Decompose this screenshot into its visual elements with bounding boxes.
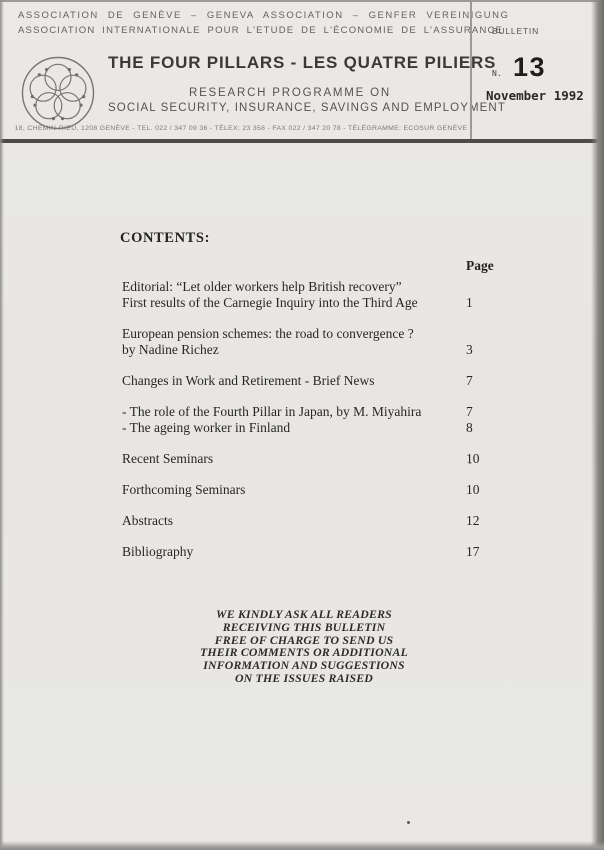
toc-row: - The role of the Fourth Pillar in Japan… [122, 404, 522, 420]
toc-row: - The ageing worker in Finland 8 [122, 420, 522, 436]
bulletin-date: November 1992 [486, 88, 584, 103]
toc-row: by Nadine Richez 3 [122, 342, 522, 358]
association-subtitle-line: ASSOCIATION INTERNATIONALE POUR L'ETUDE … [18, 25, 503, 36]
table-of-contents: Editorial: “Let older workers help Briti… [122, 279, 522, 560]
toc-row: Recent Seminars 10 [122, 451, 522, 467]
note-line: WE KINDLY ASK ALL READERS [149, 608, 459, 621]
toc-row: Changes in Work and Retirement - Brief N… [122, 373, 522, 389]
header-bottom-rule [0, 139, 604, 143]
geneva-association-logo-icon [20, 55, 96, 131]
toc-entry-text: Abstracts [122, 513, 466, 529]
contents-heading: CONTENTS: [120, 230, 210, 247]
toc-entry-page: 10 [466, 482, 506, 498]
scan-edge-left [0, 0, 4, 850]
scan-edge-top [0, 0, 604, 2]
toc-entry-text: European pension schemes: the road to co… [122, 326, 466, 342]
toc-entry-page: 7 [466, 373, 506, 389]
bulletin-label: BULLETIN [492, 26, 539, 36]
toc-entry-text: - The role of the Fourth Pillar in Japan… [122, 404, 466, 420]
scan-speck [407, 821, 410, 824]
association-names-line: ASSOCIATION DE GENÈVE – GENEVA ASSOCIATI… [18, 10, 509, 21]
bulletin-number: 13 [513, 52, 546, 83]
scan-edge-right [591, 0, 604, 850]
toc-row: Editorial: “Let older workers help Briti… [122, 279, 522, 295]
toc-entry-text: by Nadine Richez [122, 342, 466, 358]
toc-entry-text: - The ageing worker in Finland [122, 420, 466, 436]
scan-speck [469, 462, 471, 464]
toc-entry-page: 3 [466, 342, 506, 358]
toc-entry-page: 7 [466, 404, 506, 420]
toc-row: European pension schemes: the road to co… [122, 326, 522, 342]
toc-entry-page [466, 279, 506, 295]
toc-entry-text: Forthcoming Seminars [122, 482, 466, 498]
toc-entry-text: Recent Seminars [122, 451, 466, 467]
toc-row: First results of the Carnegie Inquiry in… [122, 295, 522, 311]
toc-entry-page: 17 [466, 544, 506, 560]
toc-row: Bibliography 17 [122, 544, 522, 560]
toc-entry-page: 8 [466, 420, 506, 436]
programme-subtitle-line1: RESEARCH PROGRAMME ON [108, 87, 472, 99]
header-vertical-divider [470, 2, 472, 140]
scan-edge-bottom [0, 841, 604, 850]
programme-title: THE FOUR PILLARS - LES QUATRE PILIERS [108, 53, 472, 73]
bulletin-number-prefix: N. [492, 69, 502, 78]
page-column-label: Page [466, 258, 494, 274]
reader-request-note: WE KINDLY ASK ALL READERS RECEIVING THIS… [149, 608, 459, 685]
scanned-bulletin-page: ASSOCIATION DE GENÈVE – GENEVA ASSOCIATI… [0, 0, 604, 850]
note-line: RECEIVING THIS BULLETIN [149, 621, 459, 634]
toc-entry-page [466, 326, 506, 342]
toc-entry-text: Editorial: “Let older workers help Briti… [122, 279, 466, 295]
programme-subtitle-line2: SOCIAL SECURITY, INSURANCE, SAVINGS AND … [108, 102, 472, 114]
toc-entry-page: 12 [466, 513, 506, 529]
toc-entry-page: 10 [466, 451, 506, 467]
toc-row: Forthcoming Seminars 10 [122, 482, 522, 498]
toc-entry-page: 1 [466, 295, 506, 311]
toc-entry-text: Changes in Work and Retirement - Brief N… [122, 373, 466, 389]
note-line: ON THE ISSUES RAISED [149, 672, 459, 685]
toc-row: Abstracts 12 [122, 513, 522, 529]
toc-entry-text: Bibliography [122, 544, 466, 560]
toc-entry-text: First results of the Carnegie Inquiry in… [122, 295, 466, 311]
address-contact-line: 18, CHEMIN-RIEU, 1208 GENÈVE - TEL. 022 … [12, 125, 470, 132]
